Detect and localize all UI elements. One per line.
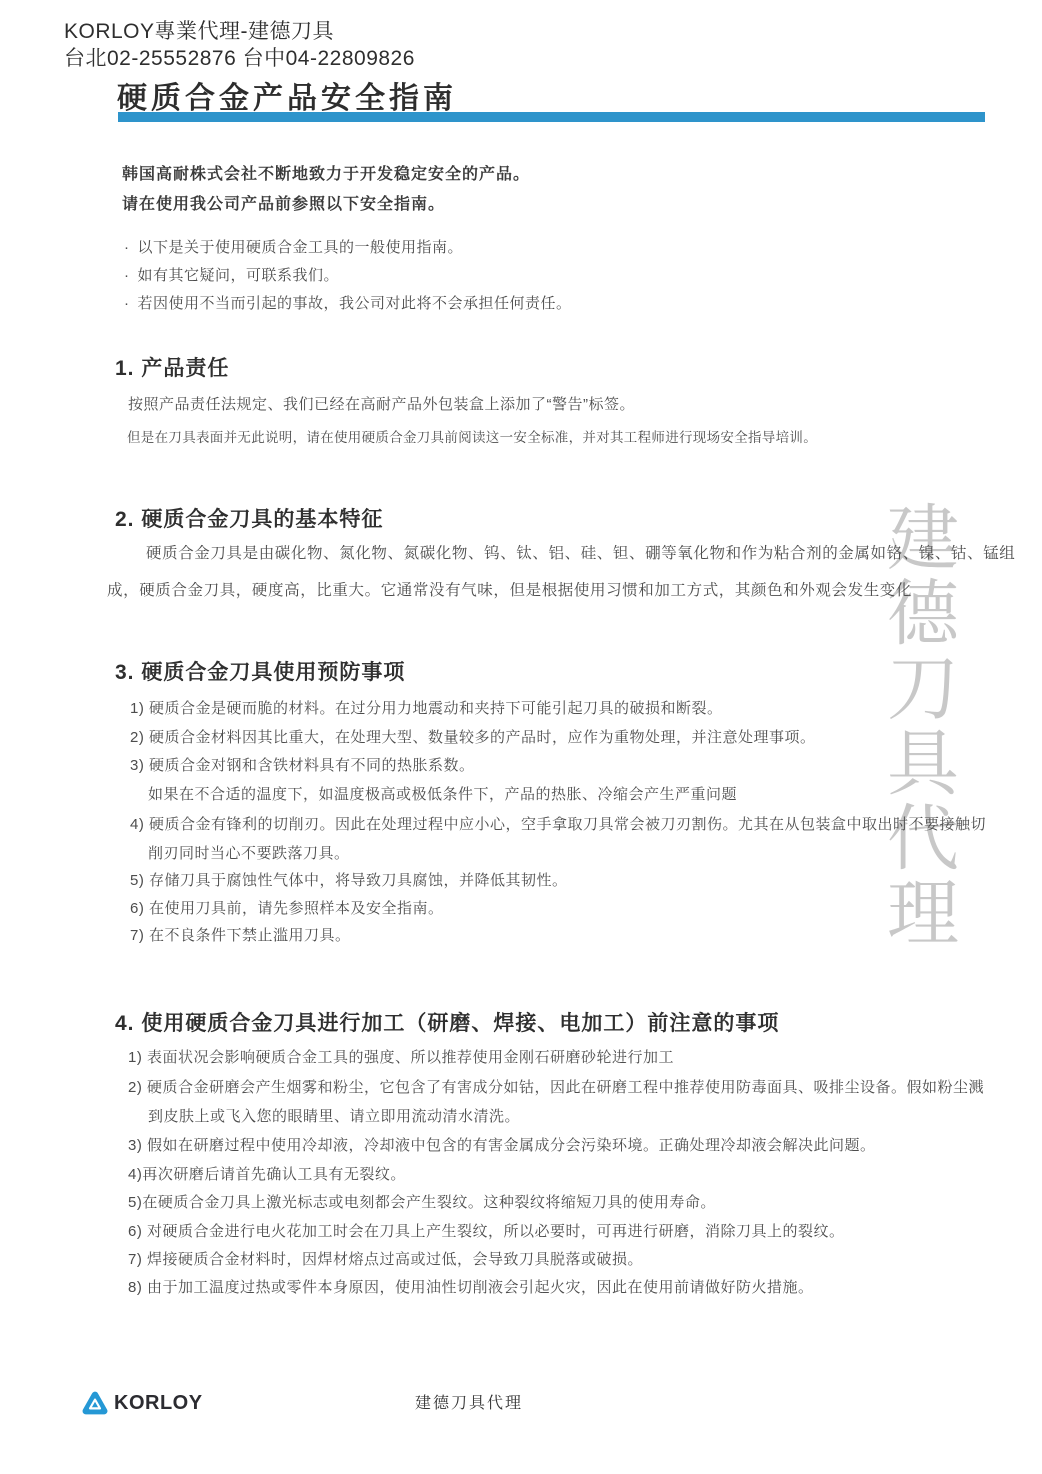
bullet-text: 如有其它疑问，可联系我们。 [138, 267, 340, 284]
list-item-continuation: 到皮肤上或飞入您的眼睛里、请立即用流动清水清洗。 [148, 1105, 520, 1126]
bullet-item: ·如有其它疑问，可联系我们。 [124, 264, 339, 285]
list-item: 6) 在使用刀具前，请先参照样本及安全指南。 [130, 897, 444, 918]
page-title: 硬质合金产品安全指南 [117, 73, 457, 117]
intro-lead-line: 韩国高耐株式会社不断地致力于开发稳定安全的产品。 [122, 161, 530, 184]
document-page: { "header": { "line1": "KORLOY專業代理-建德刀具"… [0, 0, 1042, 1474]
section-2-paragraph-line: 硬质合金刀具是由碳化物、氮化物、氮碳化物、钨、钛、铝、硅、钽、硼等氧化物和作为粘… [146, 541, 1015, 563]
section-1-paragraph: 但是在刀具表面并无此说明，请在使用硬质合金刀具前阅读这一安全标准，并对其工程师进… [127, 426, 817, 446]
korloy-logo-icon [82, 1390, 108, 1417]
bullet-text: 若因使用不当而引起的事故，我公司对此将不会承担任何责任。 [138, 295, 572, 312]
bullet-item: ·若因使用不当而引起的事故，我公司对此将不会承担任何责任。 [124, 292, 572, 313]
list-item: 1) 表面状况会影响硬质合金工具的强度、所以推荐使用金刚石研磨砂轮进行加工 [128, 1046, 674, 1067]
list-item: 7) 在不良条件下禁止滥用刀具。 [130, 924, 351, 945]
section-4-heading: 4. 使用硬质合金刀具进行加工（研磨、焊接、电加工）前注意的事项 [115, 1007, 779, 1037]
bullet-dot-icon: · [124, 239, 130, 256]
section-2-paragraph-line: 成，硬质合金刀具，硬度高，比重大。它通常没有气味，但是根据使用习惯和加工方式，其… [107, 578, 912, 600]
bullet-item: ·以下是关于使用硬质合金工具的一般使用指南。 [124, 236, 463, 257]
footer-brand-wordmark: KORLOY [114, 1392, 203, 1415]
list-item: 5)在硬质合金刀具上激光标志或电刻都会产生裂纹。这种裂纹将缩短刀具的使用寿命。 [128, 1191, 716, 1212]
footer-agent-label: 建德刀具代理 [415, 1390, 523, 1413]
list-item: 3) 硬质合金对钢和含铁材料具有不同的热胀系数。 [130, 754, 475, 775]
section-1-paragraph: 按照产品责任法规定、我们已经在高耐产品外包装盒上添加了“警告”标签。 [128, 393, 635, 414]
intro-lead-line: 请在使用我公司产品前参照以下安全指南。 [122, 191, 445, 214]
section-3-heading: 3. 硬质合金刀具使用预防事项 [115, 656, 405, 686]
section-2-heading: 2. 硬质合金刀具的基本特征 [115, 503, 383, 533]
list-item: 4)再次研磨后请首先确认工具有无裂纹。 [128, 1163, 406, 1184]
distributor-header-line1: KORLOY專業代理-建德刀具 [64, 15, 334, 45]
list-item: 2) 硬质合金研磨会产生烟雾和粉尘，它包含了有害成分如钴，因此在研磨工程中推荐使… [128, 1076, 984, 1097]
list-item-continuation: 如果在不合适的温度下，如温度极高或极低条件下，产品的热胀、冷缩会产生严重问题 [148, 783, 737, 804]
list-item: 7) 焊接硬质合金材料时，因焊材熔点过高或过低，会导致刀具脱落或破损。 [128, 1248, 643, 1269]
list-item: 2) 硬质合金材料因其比重大，在处理大型、数量较多的产品时，应作为重物处理，并注… [130, 726, 816, 747]
list-item: 4) 硬质合金有锋利的切削刃。因此在处理过程中应小心，空手拿取刀具常会被刀刃割伤… [130, 813, 986, 834]
list-item: 3) 假如在研磨过程中使用冷却液，冷却液中包含的有害金属成分会污染环境。正确处理… [128, 1134, 876, 1155]
bullet-text: 以下是关于使用硬质合金工具的一般使用指南。 [138, 239, 464, 256]
list-item: 1) 硬质合金是硬而脆的材料。在过分用力地震动和夹持下可能引起刀具的破损和断裂。 [130, 697, 723, 718]
list-item-continuation: 削刃同时当心不要跌落刀具。 [148, 842, 350, 863]
list-item: 5) 存储刀具于腐蚀性气体中，将导致刀具腐蚀，并降低其韧性。 [130, 869, 568, 890]
bullet-dot-icon: · [124, 267, 130, 284]
list-item: 8) 由于加工温度过热或零件本身原因，使用油性切削液会引起火灾，因此在使用前请做… [128, 1276, 814, 1297]
section-1-heading: 1. 产品责任 [115, 352, 229, 382]
distributor-header-line2: 台北02-25552876 台中04-22809826 [64, 42, 415, 72]
watermark-vertical-text: 建德刀具代理 [880, 500, 952, 950]
bullet-dot-icon: · [124, 295, 130, 312]
list-item: 6) 对硬质合金进行电火花加工时会在刀具上产生裂纹，所以必要时，可再进行研磨，消… [128, 1220, 845, 1241]
title-accent-bar [118, 112, 985, 122]
